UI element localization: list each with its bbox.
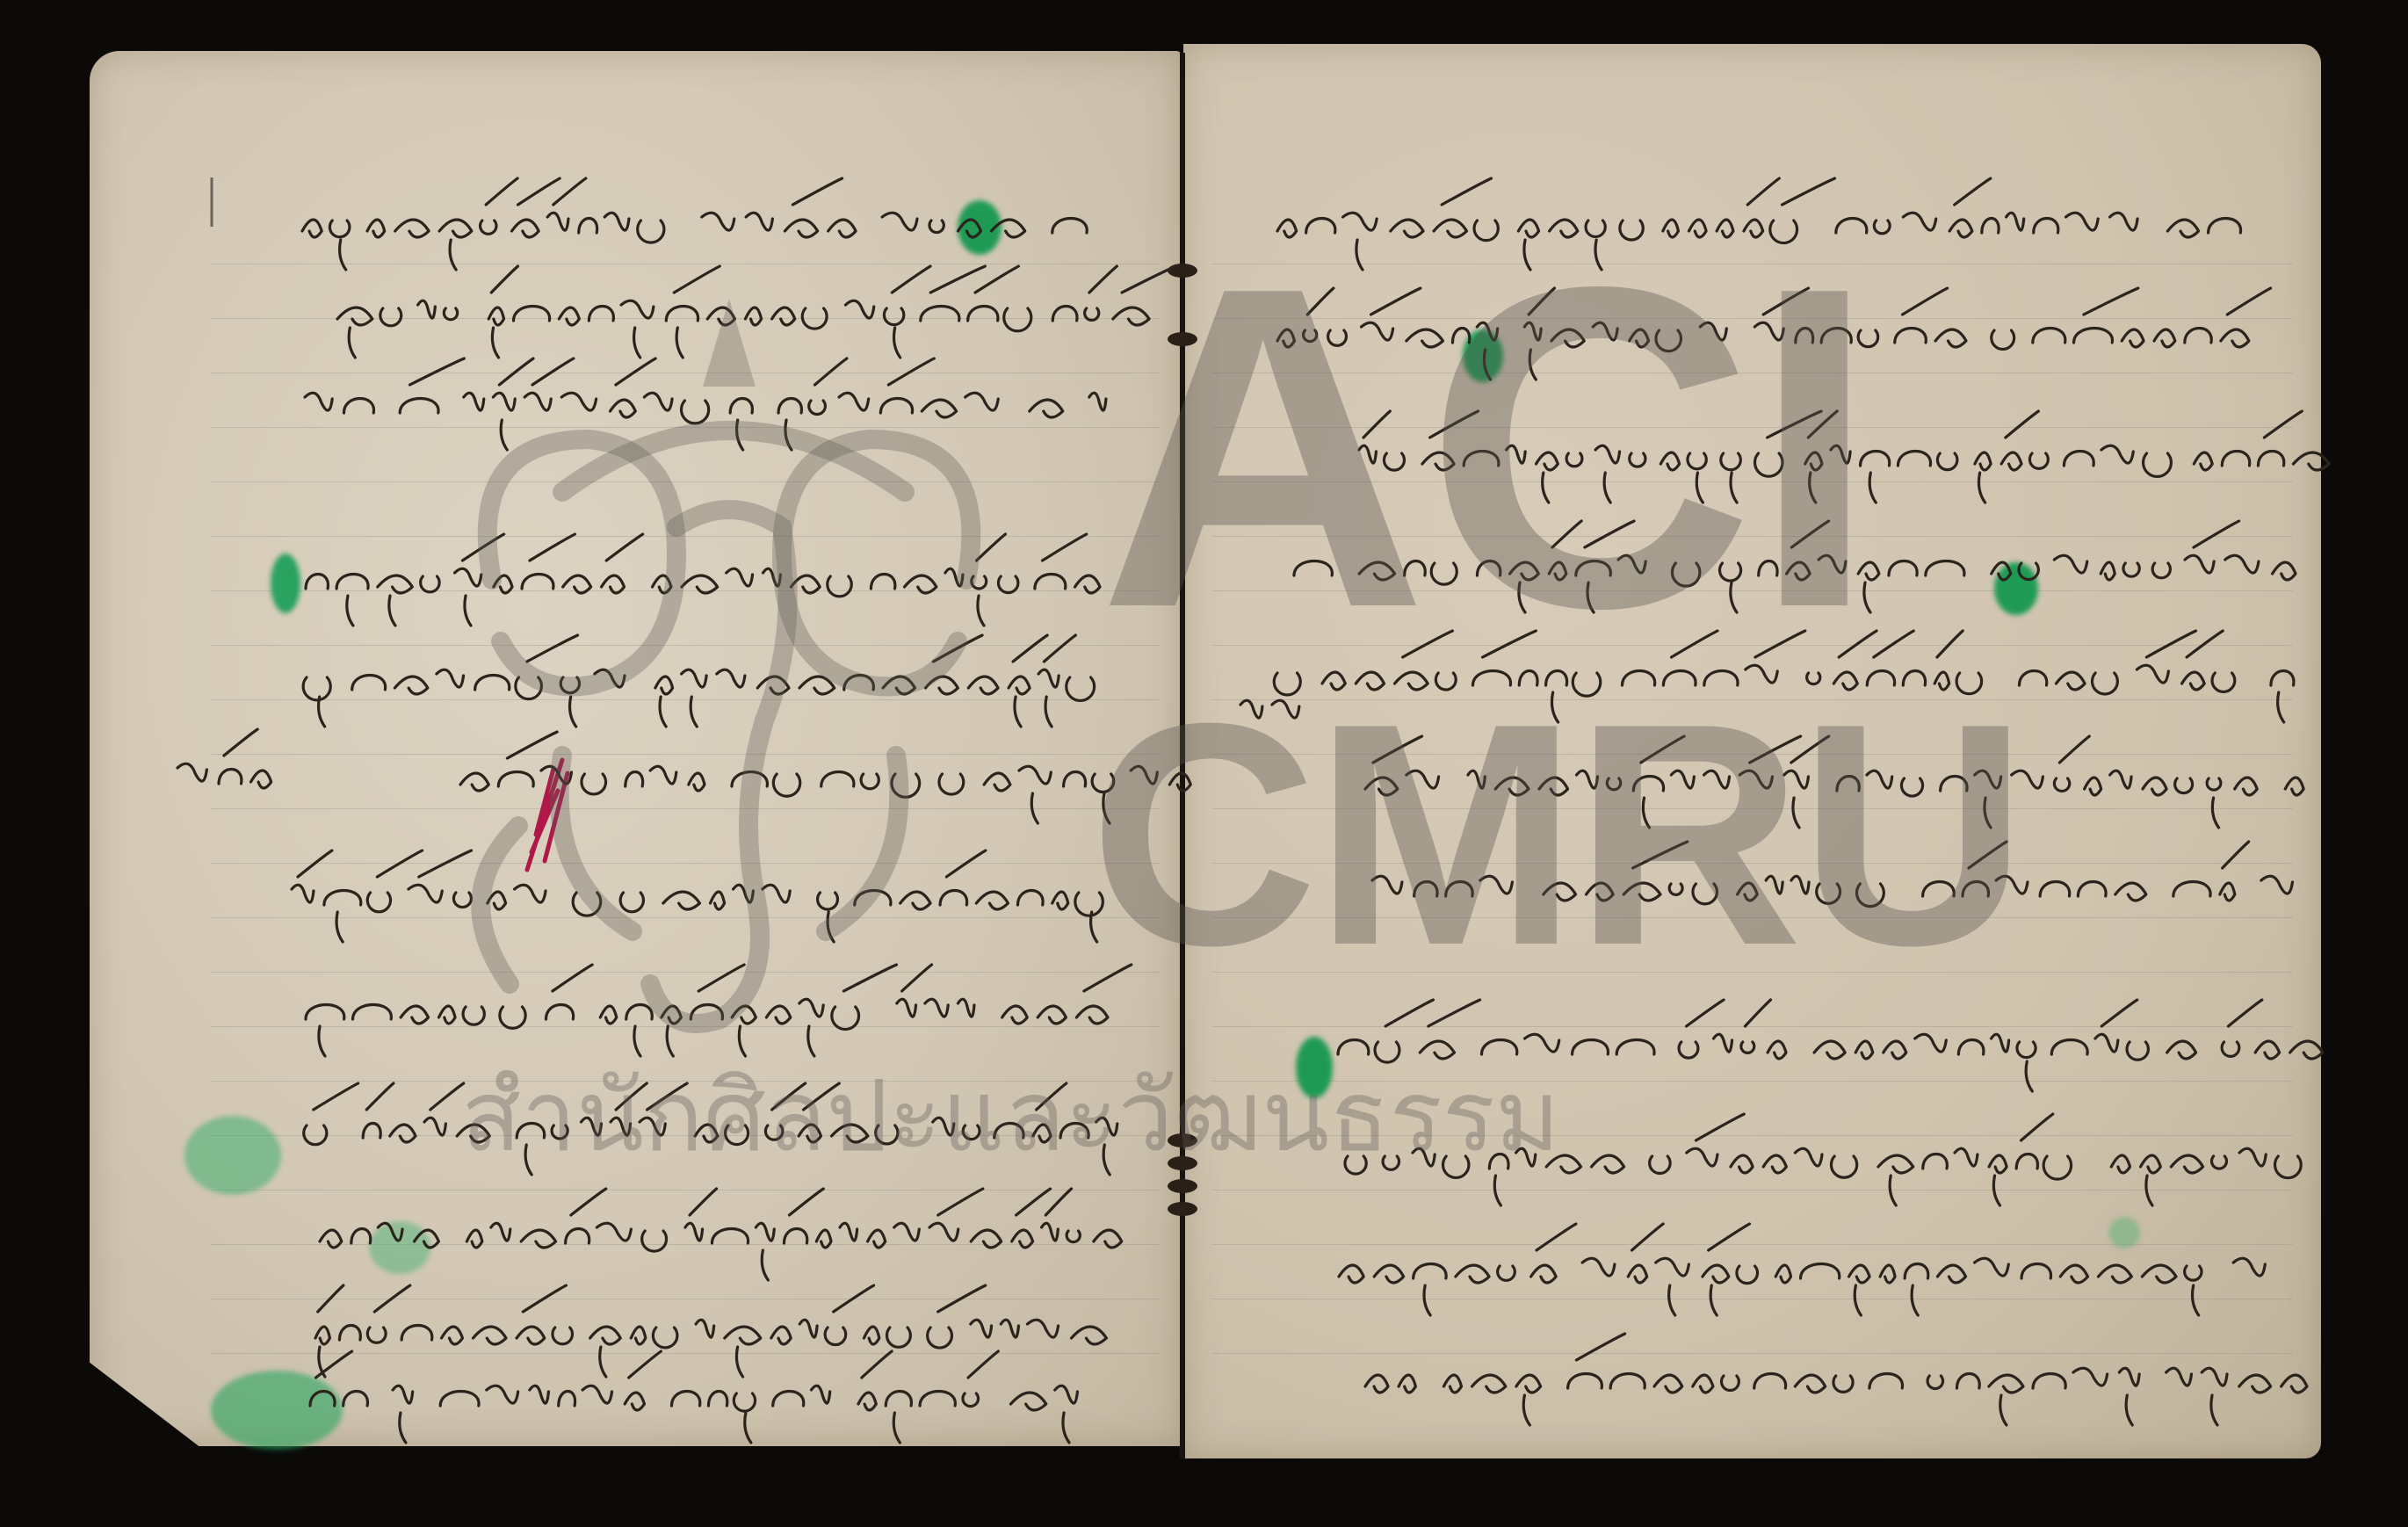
watermark-aci: ACI [1098, 220, 1875, 677]
left-page-line [307, 1371, 1098, 1450]
handwriting-strokes [1362, 1353, 2310, 1432]
left-page-line [316, 1208, 1124, 1287]
watermark-cmru: CMRU [1089, 677, 2024, 993]
handwriting-strokes [307, 1371, 1098, 1450]
watermark-thai-caption: สำนักศิลปะและวัฒนธรรม [461, 1067, 1560, 1166]
left-page-line [176, 749, 281, 828]
handwriting-strokes [316, 1208, 1124, 1287]
handwriting-strokes [176, 749, 281, 828]
right-page-line [1335, 1243, 2310, 1322]
green-mark [271, 554, 300, 613]
ruled-line [211, 1299, 1160, 1299]
watermark-elephant-logo [387, 264, 1177, 1142]
manuscript-photo: ACI CMRU สำนักศิลปะและวัฒนธรรม [0, 0, 2408, 1527]
page-marker [207, 176, 216, 228]
right-page-line [1362, 1353, 2310, 1432]
handwriting-strokes [1335, 1243, 2310, 1322]
binding-hole [1168, 1202, 1197, 1216]
binding-hole [1168, 1179, 1197, 1193]
green-stain [184, 1116, 281, 1195]
ruled-line [211, 1190, 1160, 1190]
